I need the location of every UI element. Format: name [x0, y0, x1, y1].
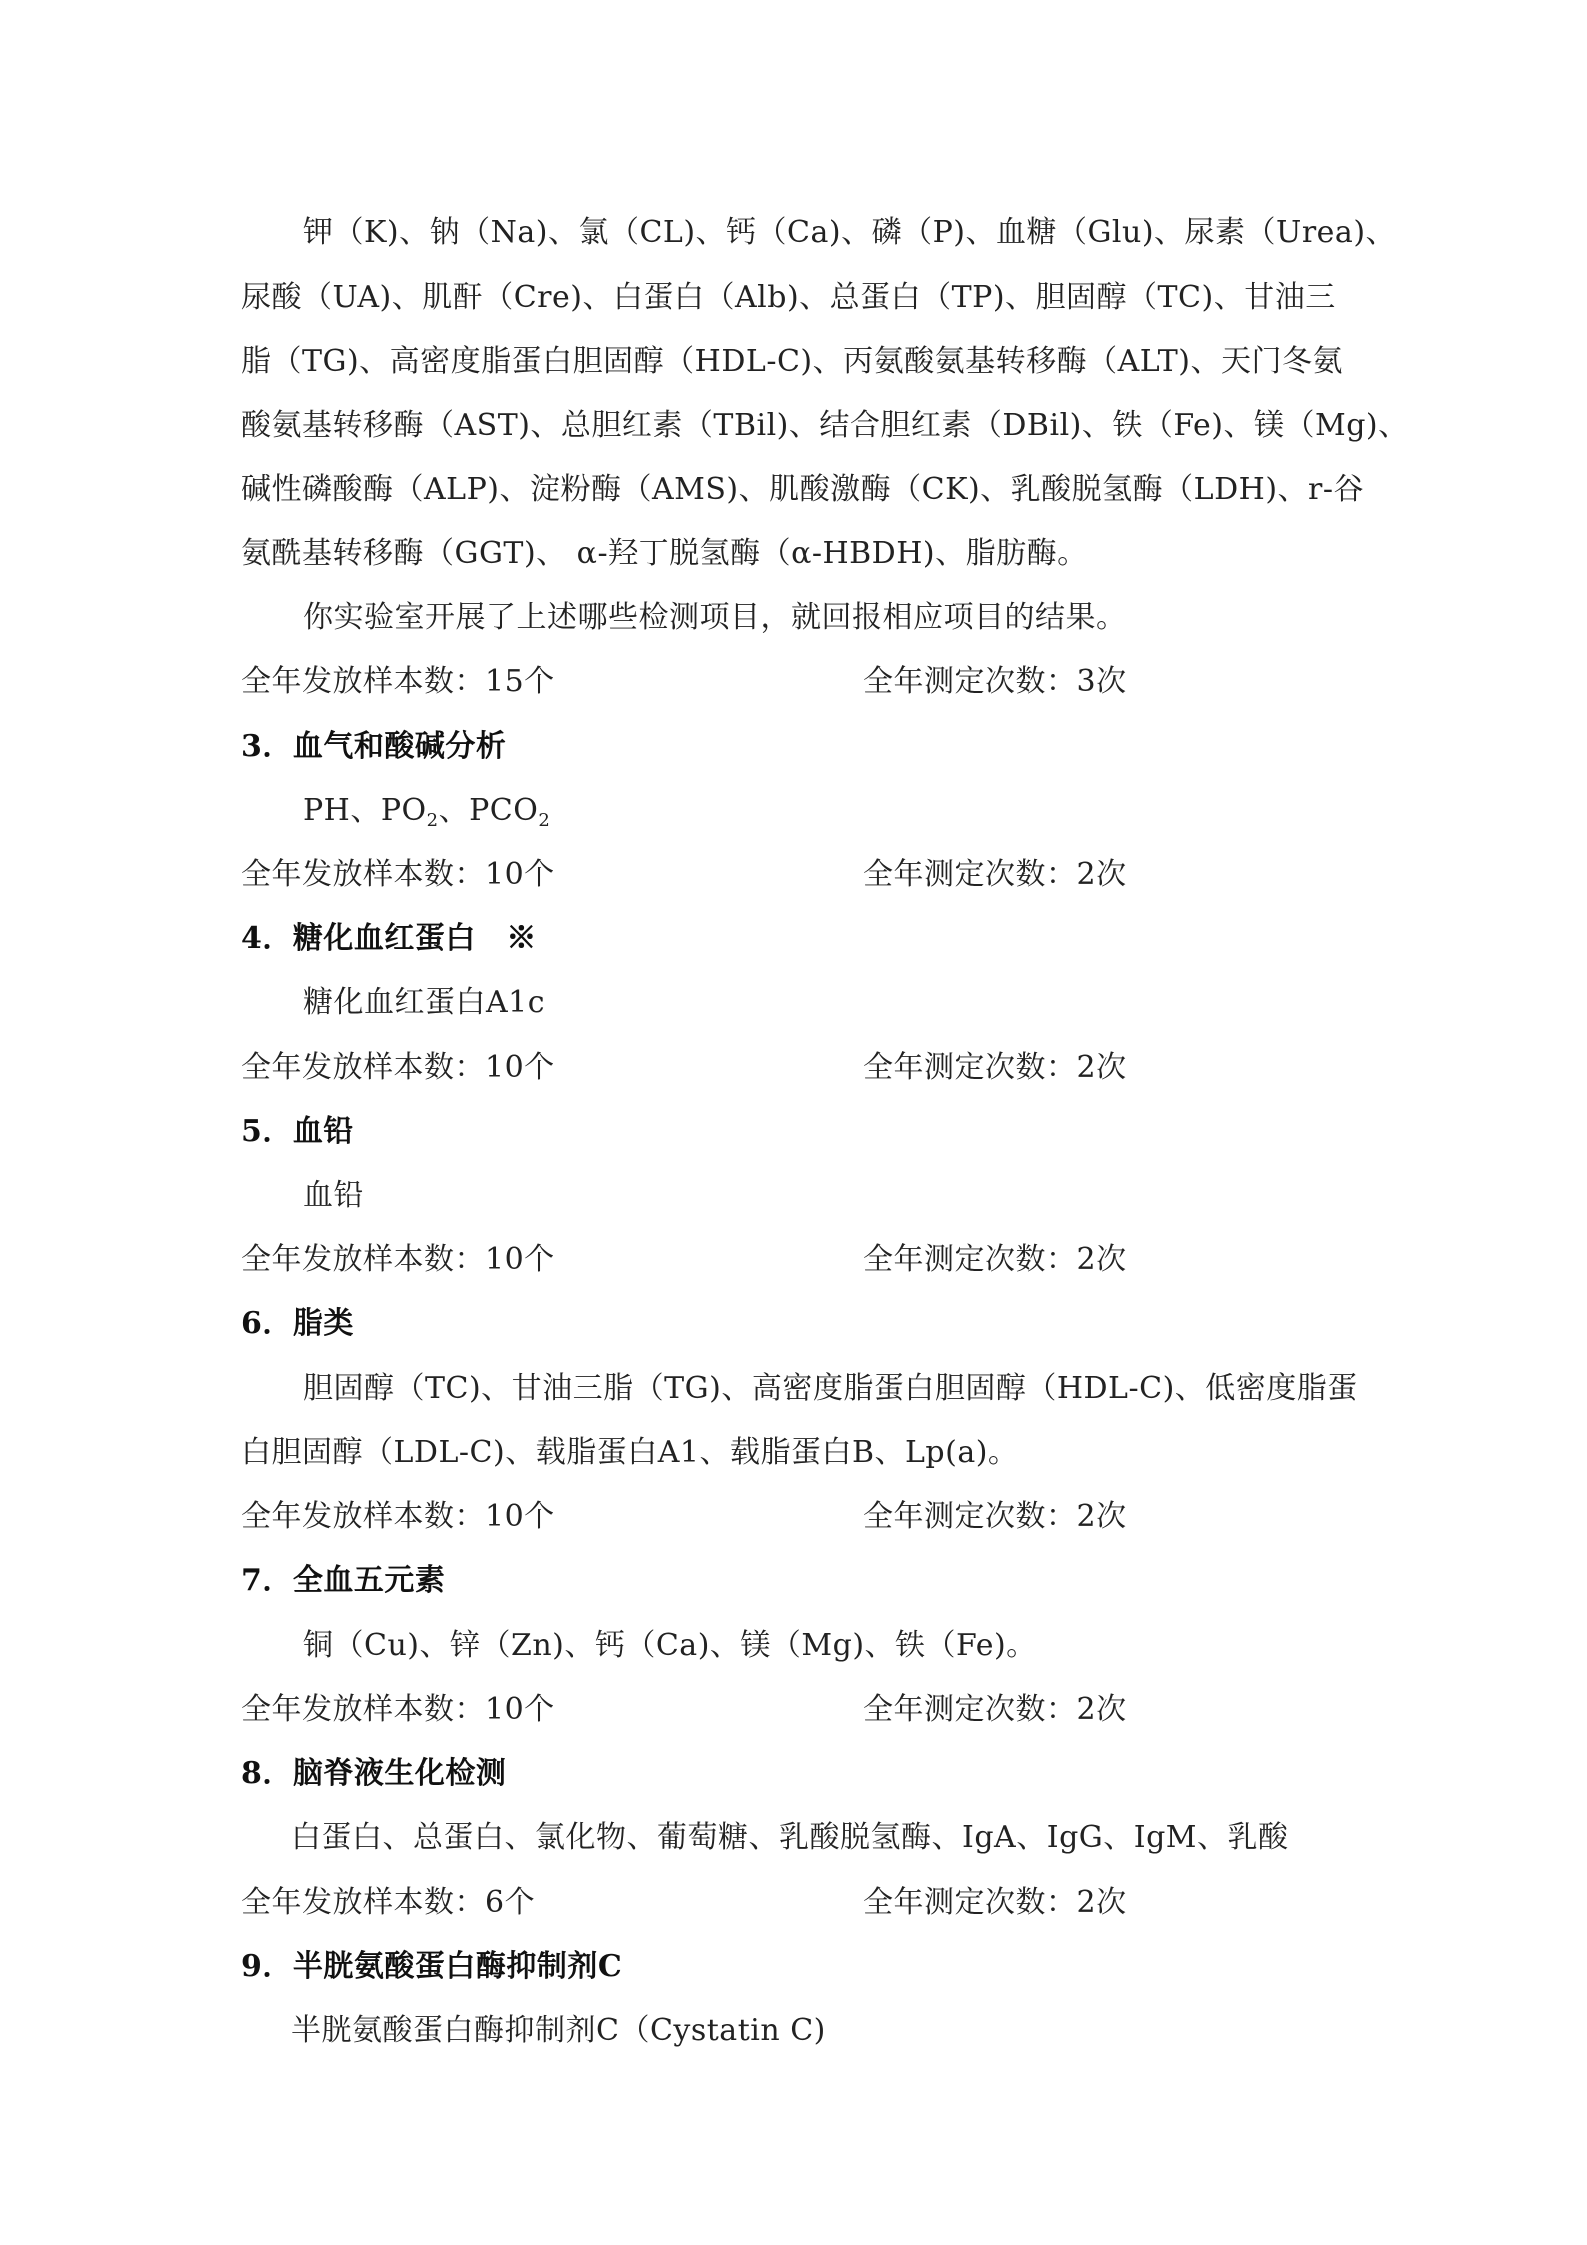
- section6-samples: 全年发放样本数：10个: [241, 1497, 555, 1537]
- section3-times: 全年测定次数：2次: [863, 855, 1127, 895]
- section2-items-line-4: 酸氨基转移酶（AST)、总胆红素（TBil)、结合胆红素（DBil)、铁（Fe)…: [241, 406, 1409, 446]
- section5-samples: 全年发放样本数：10个: [241, 1240, 555, 1280]
- section5-times: 全年测定次数：2次: [863, 1240, 1127, 1280]
- section2-items-line-1: 钾（K)、钠（Na)、氯（CL)、钙（Ca)、磷（P)、血糖（Glu)、尿素（U…: [303, 213, 1396, 253]
- section2-times: 全年测定次数：3次: [863, 662, 1127, 702]
- section9-items: 半胱氨酸蛋白酶抑制剂C（Cystatin C): [291, 2011, 826, 2051]
- section4-heading: 4．糖化血红蛋白 ※: [241, 919, 537, 959]
- section9-heading: 9．半胱氨酸蛋白酶抑制剂C: [241, 1947, 622, 1987]
- section4-items: 糖化血红蛋白A1c: [303, 983, 545, 1023]
- section2-samples: 全年发放样本数：15个: [241, 662, 555, 702]
- section3-items: PH、PO2、PCO2: [303, 791, 550, 831]
- section2-note: 你实验室开展了上述哪些检测项目，就回报相应项目的结果。: [303, 598, 1127, 638]
- section7-samples: 全年发放样本数：10个: [241, 1690, 555, 1730]
- section6-heading: 6．脂类: [241, 1304, 354, 1344]
- section6-items-line-1: 胆固醇（TC)、甘油三脂（TG)、高密度脂蛋白胆固醇（HDL-C)、低密度脂蛋: [303, 1369, 1358, 1409]
- section7-times: 全年测定次数：2次: [863, 1690, 1127, 1730]
- section8-samples: 全年发放样本数：6个: [241, 1883, 535, 1923]
- section2-items-line-3: 脂（TG)、高密度脂蛋白胆固醇（HDL-C)、丙氨酸氨基转移酶（ALT)、天门冬…: [241, 342, 1343, 382]
- subscript: 2: [427, 810, 439, 831]
- section5-items: 血铅: [303, 1176, 364, 1216]
- section7-heading: 7．全血五元素: [241, 1561, 445, 1601]
- section8-times: 全年测定次数：2次: [863, 1883, 1127, 1923]
- section8-heading: 8．脑脊液生化检测: [241, 1754, 506, 1794]
- document-page: 钾（K)、钠（Na)、氯（CL)、钙（Ca)、磷（P)、血糖（Glu)、尿素（U…: [0, 0, 1587, 2245]
- section6-items-line-2: 白胆固醇（LDL-C)、载脂蛋白A1、载脂蛋白B、Lp(a)。: [241, 1433, 1018, 1473]
- section3-heading: 3．血气和酸碱分析: [241, 727, 506, 767]
- section4-samples: 全年发放样本数：10个: [241, 1048, 555, 1088]
- section2-items-line-5: 碱性磷酸酶（ALP)、淀粉酶（AMS)、肌酸激酶（CK)、乳酸脱氢酶（LDH)、…: [241, 470, 1364, 510]
- section2-items-line-2: 尿酸（UA)、肌酐（Cre)、白蛋白（Alb)、总蛋白（TP)、胆固醇（TC)、…: [241, 278, 1336, 318]
- section6-times: 全年测定次数：2次: [863, 1497, 1127, 1537]
- section3-item-text: PH、PO: [303, 793, 427, 828]
- subscript: 2: [538, 810, 550, 831]
- section7-items: 铜（Cu)、锌（Zn)、钙（Ca)、镁（Mg)、铁（Fe)。: [303, 1626, 1037, 1666]
- section4-times: 全年测定次数：2次: [863, 1048, 1127, 1088]
- section3-samples: 全年发放样本数：10个: [241, 855, 555, 895]
- section3-item-text: 、PCO: [439, 793, 539, 828]
- section5-heading: 5．血铅: [241, 1112, 354, 1152]
- section8-items: 白蛋白、总蛋白、氯化物、葡萄糖、乳酸脱氢酶、IgA、IgG、IgM、乳酸: [291, 1818, 1289, 1858]
- section2-items-line-6: 氨酰基转移酶（GGT)、 α-羟丁脱氢酶（α-HBDH)、脂肪酶。: [241, 534, 1088, 574]
